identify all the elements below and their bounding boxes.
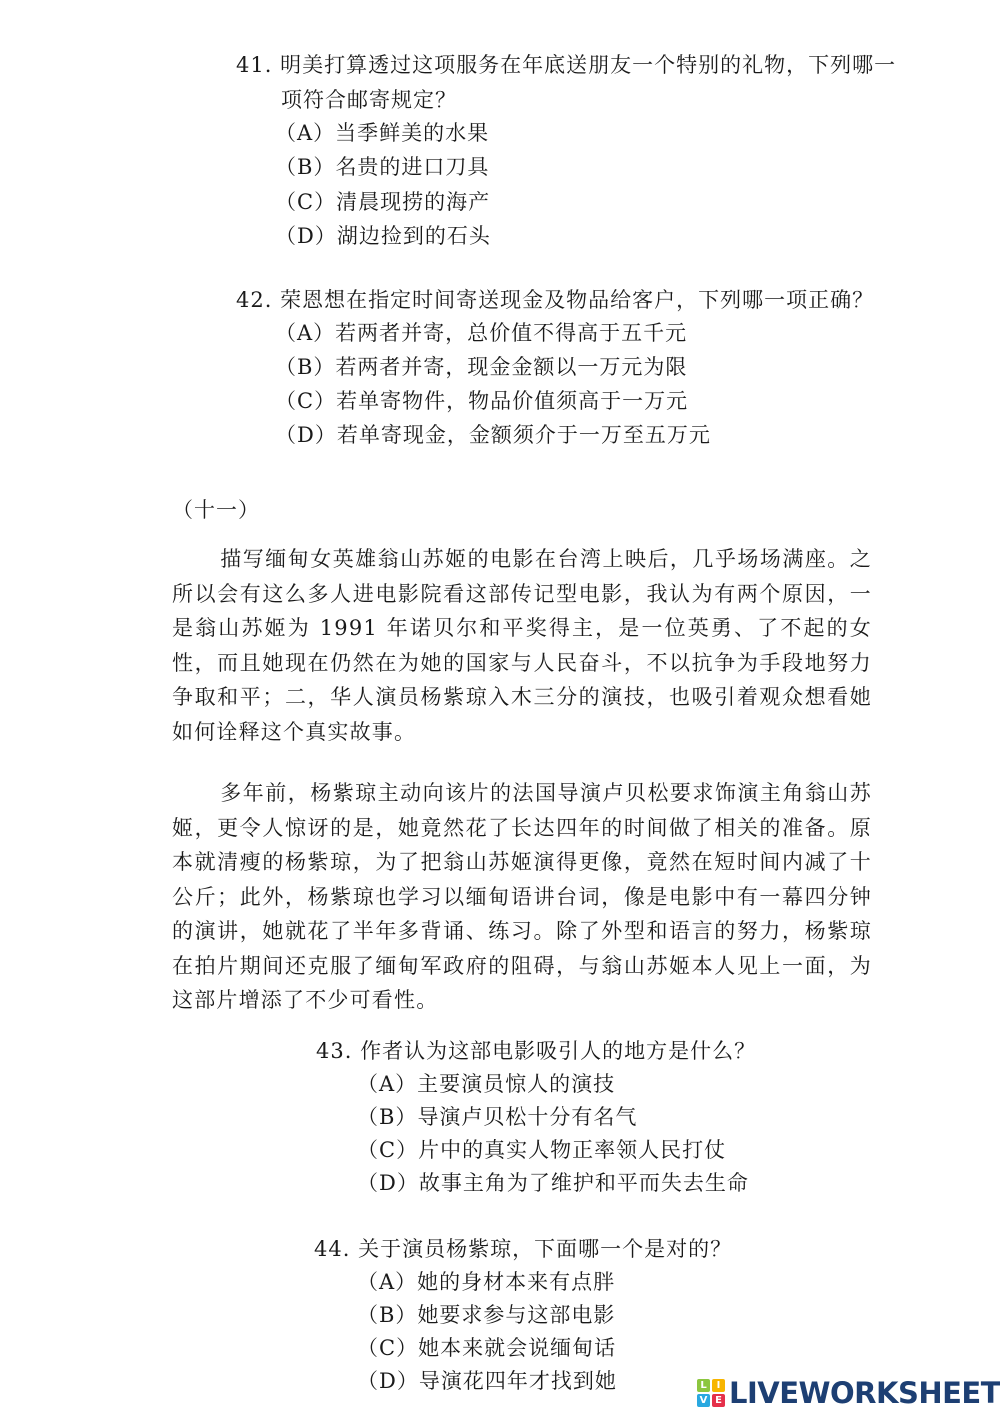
- question-41-line2: 项符合邮寄规定？: [281, 87, 457, 113]
- option-c[interactable]: （C）清晨现捞的海产: [275, 189, 490, 215]
- passage-paragraph-1: 描写缅甸女英雄翁山苏姬的电影在台湾上映后，几乎场场满座。之所以会有这么多人进电影…: [172, 542, 872, 749]
- question-number: 41.: [236, 53, 272, 77]
- option-b[interactable]: （B）名贵的进口刀具: [275, 154, 489, 180]
- option-d[interactable]: （D）导演花四年才找到她: [357, 1368, 617, 1394]
- question-number: 43.: [316, 1039, 352, 1063]
- option-a[interactable]: （A）当季鲜美的水果: [275, 120, 489, 146]
- liveworksheets-logo: L I V E LIVEWORKSHEETS: [697, 1376, 1000, 1410]
- question-42-line1: 42. 荣恩想在指定时间寄送现金及物品给客户，下列哪一项正确？: [236, 287, 874, 313]
- live-blocks-icon: L I V E: [697, 1379, 725, 1407]
- option-a[interactable]: （A）主要演员惊人的演技: [357, 1071, 615, 1097]
- option-c[interactable]: （C）若单寄物件，物品价值须高于一万元: [275, 388, 688, 414]
- option-c[interactable]: （C）她本来就会说缅甸话: [357, 1335, 616, 1361]
- option-d[interactable]: （D）若单寄现金，金额须介于一万至五万元: [275, 422, 711, 448]
- option-b[interactable]: （B）导演卢贝松十分有名气: [357, 1104, 637, 1130]
- question-41-line1: 41. 明美打算透过这项服务在年底送朋友一个特别的礼物，下列哪一: [236, 52, 896, 78]
- option-c[interactable]: （C）片中的真实人物正率领人民打仗: [357, 1137, 726, 1163]
- section-heading: （十一）: [172, 497, 260, 523]
- question-44-line1: 44. 关于演员杨紫琼，下面哪一个是对的？: [314, 1236, 732, 1262]
- question-43-line1: 43. 作者认为这部电影吸引人的地方是什么？: [316, 1038, 756, 1064]
- option-a[interactable]: （A）她的身材本来有点胖: [357, 1269, 615, 1295]
- question-number: 42.: [236, 288, 272, 312]
- option-a[interactable]: （A）若两者并寄，总价值不得高于五千元: [275, 320, 687, 346]
- passage-paragraph-2: 多年前，杨紫琼主动向该片的法国导演卢贝松要求饰演主角翁山苏姬，更令人惊讶的是，她…: [172, 776, 872, 1018]
- option-d[interactable]: （D）湖边捡到的石头: [275, 223, 491, 249]
- question-number: 44.: [314, 1237, 350, 1261]
- option-d[interactable]: （D）故事主角为了维护和平而失去生命: [357, 1170, 749, 1196]
- option-b[interactable]: （B）若两者并寄，现金金额以一万元为限: [275, 354, 687, 380]
- logo-text: LIVEWORKSHEETS: [729, 1376, 1000, 1410]
- option-b[interactable]: （B）她要求参与这部电影: [357, 1302, 615, 1328]
